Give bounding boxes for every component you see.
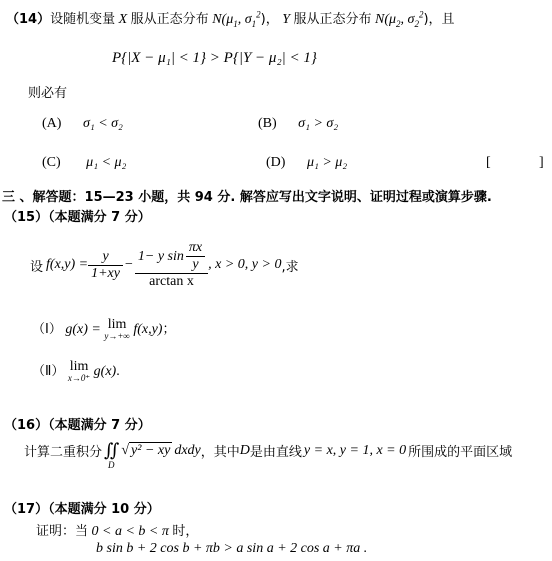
q14-condition: P{|X − μ₁| < 1} > P{|Y − μ₂| < 1} (112, 50, 317, 67)
q15-definition: 设 f(x,y) = y 1+xy − 1− y sin πx y arctan… (30, 240, 299, 290)
q17-prove: 证明：当 0 < a < b < π 时， (36, 520, 198, 540)
sqrt-icon: √ (121, 443, 129, 459)
q14-line1: （14）设随机变量 X 服从正态分布 N(μ1, σ12)， Y 服从正态分布 … (6, 8, 455, 28)
q15-label: （15）（本题满分 7 分） (4, 206, 151, 225)
fraction-1: y 1+xy (88, 249, 123, 282)
section-heading: 三 、解答题：15—23 小题，共 94 分. 解答应写出文字说明、证明过程或演… (2, 186, 492, 205)
q14-option-a: (A) σ₁ < σ₂ (42, 116, 123, 132)
q14-option-c: (C) μ₁ < μ₂ (42, 155, 126, 171)
q16-label: （16）（本题满分 7 分） (4, 414, 151, 433)
answer-bracket-close: ] (539, 155, 544, 171)
limit-x: limx→0⁺ (68, 360, 90, 383)
q15-part1: （Ⅰ） g(x) = limy→+∞ f(x,y)； (32, 318, 176, 341)
answer-bracket-open: [ (486, 155, 491, 171)
q14-option-b: (B) σ₁ > σ₂ (258, 116, 338, 132)
q14-option-d: (D) μ₁ > μ₂ (266, 155, 347, 171)
q16-body: 计算二重积分 ∬ D √y² − xy dxdy ，其中 D 是由直线 y = … (24, 440, 512, 461)
q15-part2: （Ⅱ） limx→0⁺ g(x). (32, 360, 120, 383)
q17-inequality: b sin b + 2 cos b + πb > a sin a + 2 cos… (96, 541, 367, 557)
q14-then: 则必有 (28, 82, 67, 101)
double-integral: ∬ D (104, 440, 119, 461)
fraction-2: 1− y sin πx y arctan x (135, 240, 208, 290)
dist-x: N(μ1, σ12 (212, 12, 260, 27)
dist-y: N(μ2, σ22 (375, 12, 423, 27)
q17-label: （17）（本题满分 10 分） (4, 498, 160, 517)
limit-y: limy→+∞ (104, 318, 129, 341)
q14-label: （14） (6, 12, 50, 27)
